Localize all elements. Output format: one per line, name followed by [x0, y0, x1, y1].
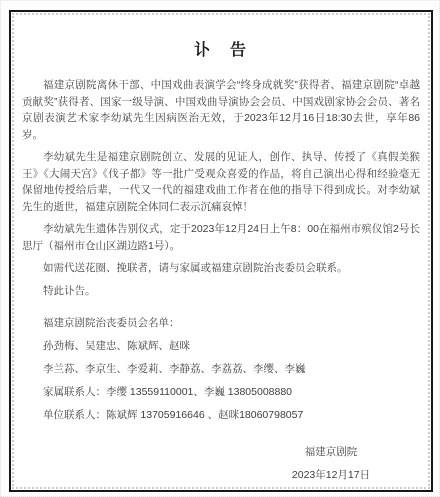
signature-organization: 福建京剧院 — [266, 444, 396, 461]
family-contact-line: 家属联系人：李缨 13559110001、李巍 13805008880 — [22, 384, 420, 401]
committee-heading: 福建京剧院治丧委员会名单： — [22, 315, 420, 332]
paragraph-death-announcement: 福建京剧院离休干部、中国戏曲表演学会“终身成就奖”获得者、福建京剧院“卓越贡献奖… — [22, 77, 420, 143]
paragraph-wreath-instructions: 如需代送花圈、挽联者，请与家属或福建京剧院治丧委员会联系。 — [22, 260, 420, 277]
notice-title: 讣 告 — [22, 37, 420, 60]
document-page: 讣 告 福建京剧院离休干部、中国戏曲表演学会“终身成就奖”获得者、福建京剧院“卓… — [9, 10, 433, 492]
committee-members-row-2: 李兰荪、李京生、李爱莉、李静荔、李荔荔、李缨、李巍 — [22, 361, 420, 378]
funeral-committee-section: 福建京剧院治丧委员会名单： 孙劲梅、吴建忠、陈斌辉、赵咪 李兰荪、李京生、李爱莉… — [22, 315, 420, 424]
paragraph-biography: 李幼斌先生是福建京剧院创立、发展的见证人，创作、执导、传授了《真假美猴王》《大闹… — [22, 149, 420, 215]
screenshot-frame: 讣 告 福建京剧院离休干部、中国戏曲表演学会“终身成就奖”获得者、福建京剧院“卓… — [0, 0, 440, 497]
paragraph-farewell-ceremony: 李幼斌先生遗体告别仪式，定于2023年12月24日上午8：00在福州市殡仪馆2号… — [22, 221, 420, 254]
paragraph-closing: 特此讣告。 — [22, 283, 420, 300]
unit-contact-line: 单位联系人：陈斌辉 13705916646 、赵咪18060798057 — [22, 407, 420, 424]
committee-members-row-1: 孙劲梅、吴建忠、陈斌辉、赵咪 — [22, 338, 420, 355]
signature-block: 福建京剧院 2023年12月17日 — [266, 444, 396, 484]
signature-date: 2023年12月17日 — [266, 467, 396, 484]
document-page-inner: 讣 告 福建京剧院离休干部、中国戏曲表演学会“终身成就奖”获得者、福建京剧院“卓… — [12, 13, 430, 489]
